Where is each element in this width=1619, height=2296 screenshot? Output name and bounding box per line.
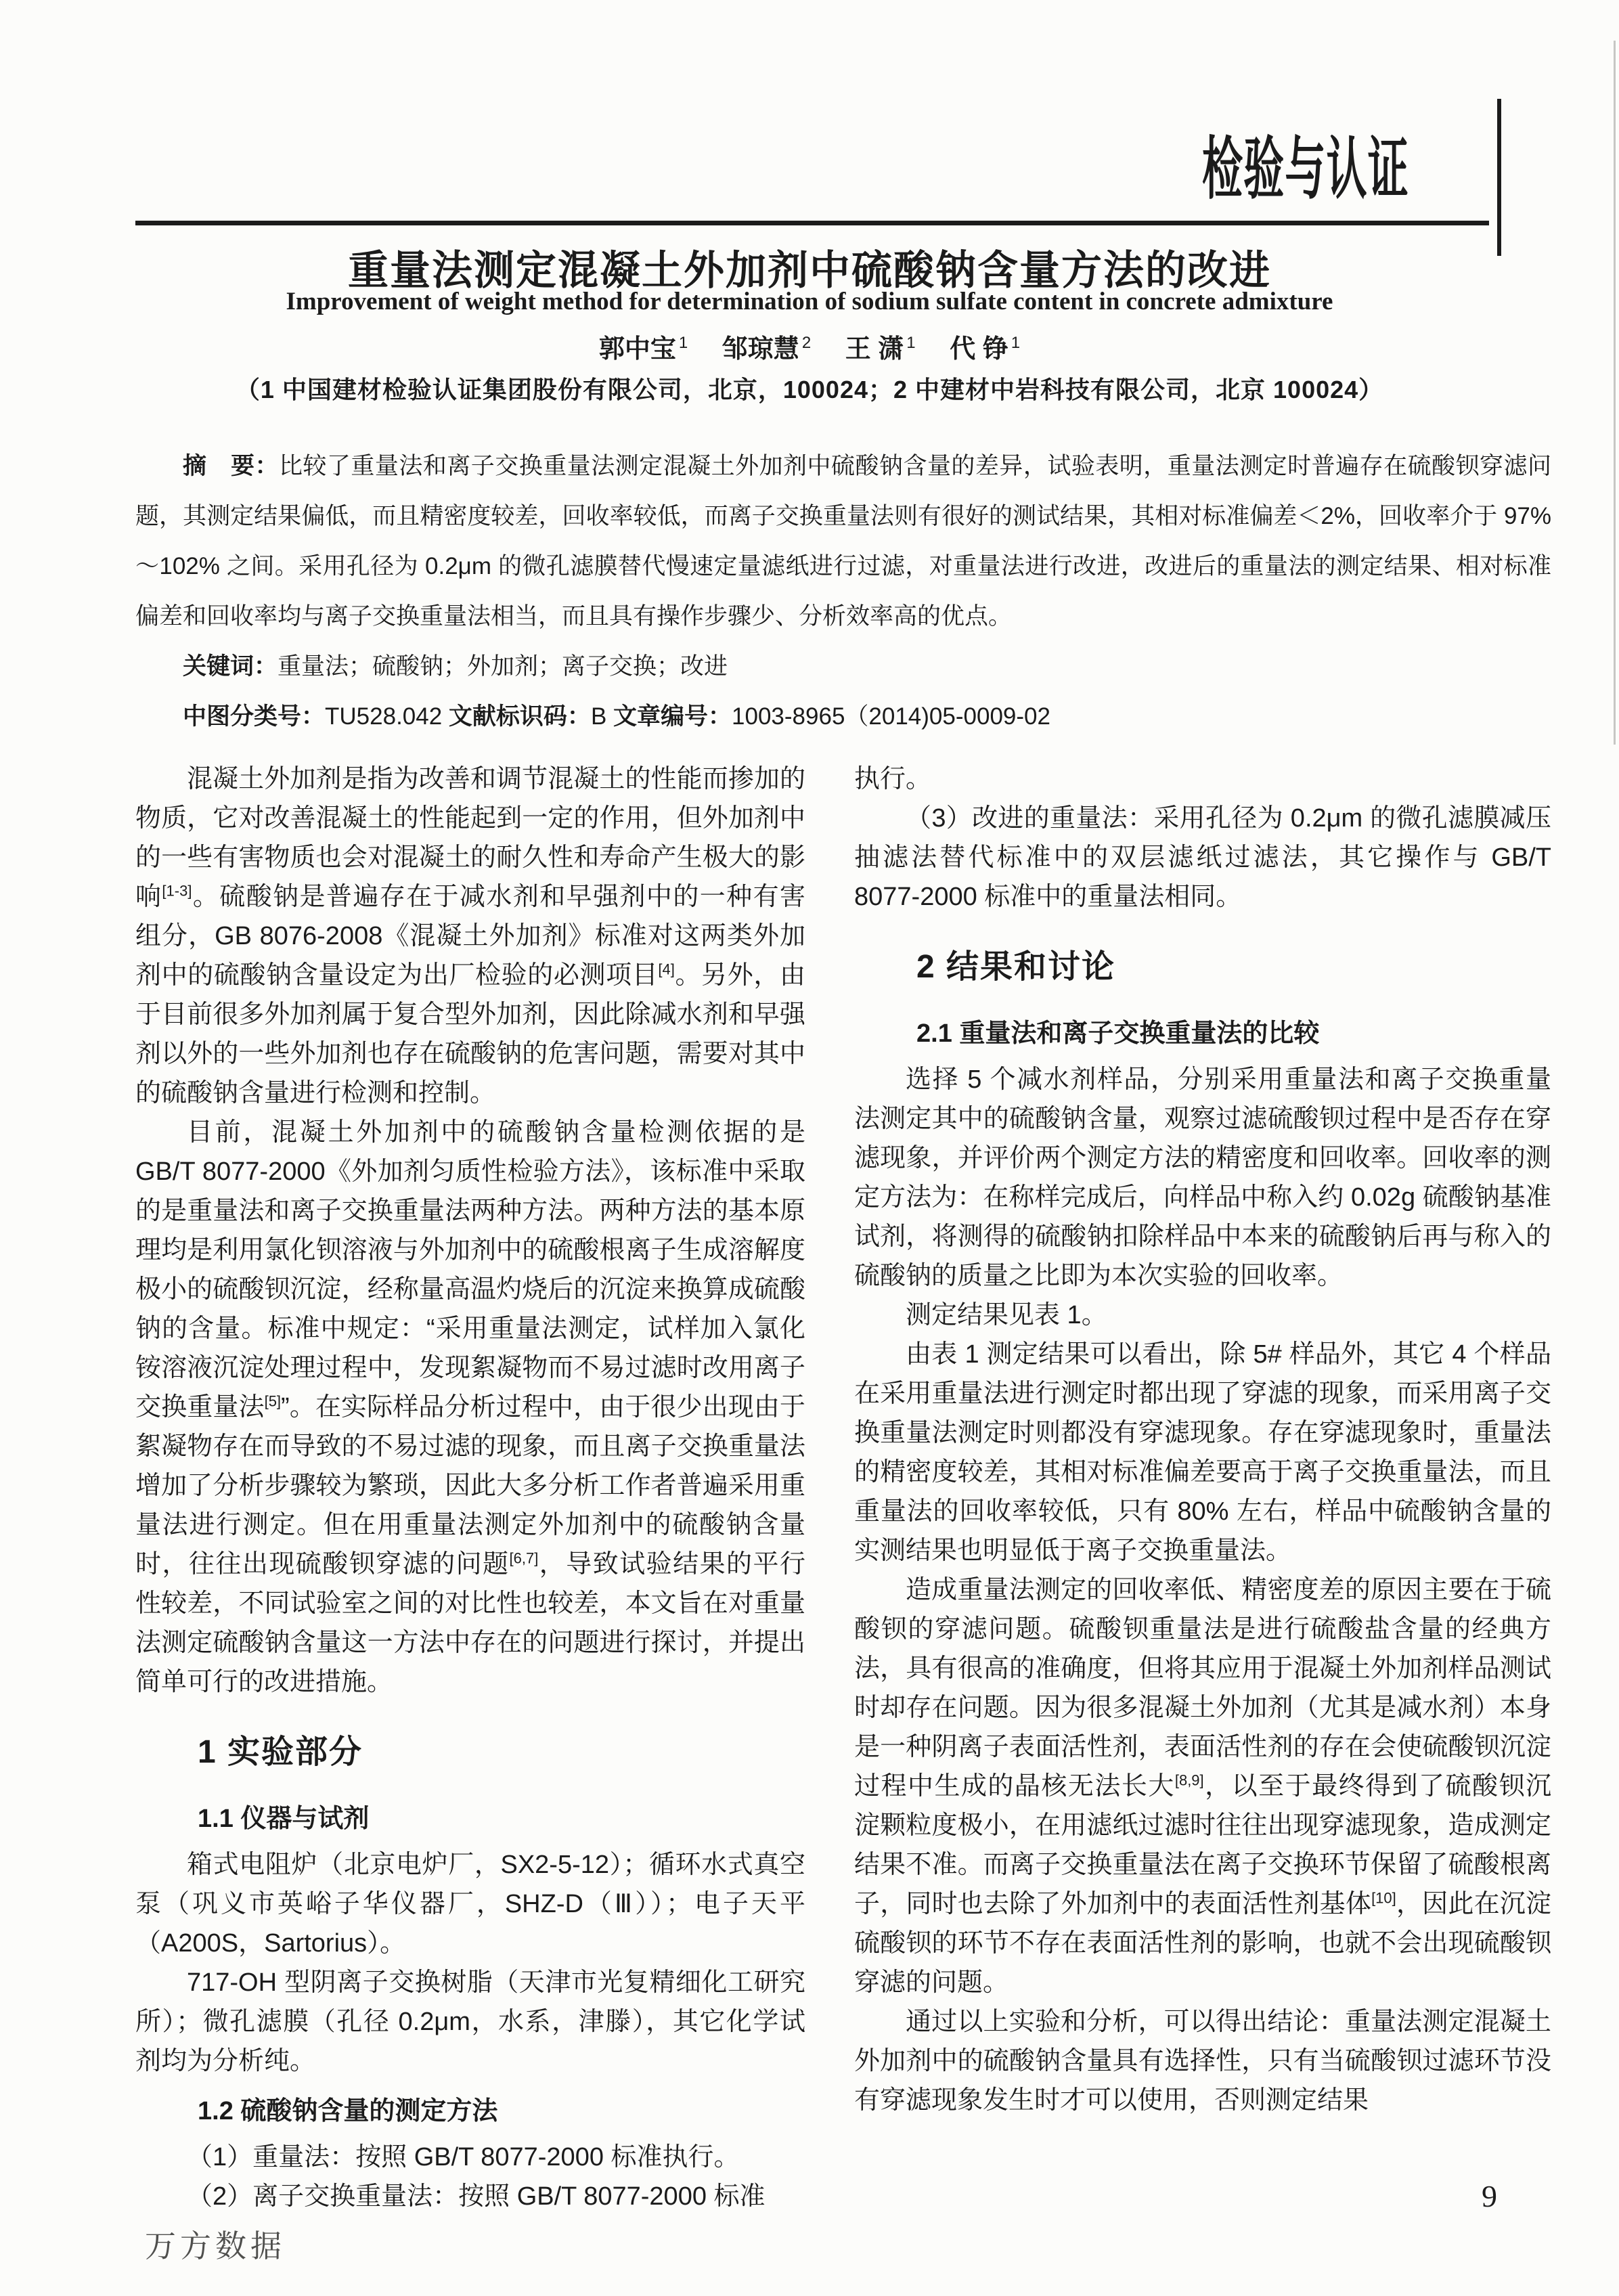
left-column: 混凝土外加剂是指为改善和调节混凝土的性能而掺加的物质，它对改善混凝土的性能起到一… [135, 759, 805, 2216]
section-heading: 2 结果和讨论 [916, 948, 1551, 987]
affiliation-line: （1 中国建材检验认证集团股份有限公司，北京，100024；2 中建材中岩科技有… [0, 371, 1619, 405]
paragraph: 由表 1 测定结果可以看出，除 5# 样品外，其它 4 个样品在采用重量法进行测… [854, 1335, 1551, 1570]
paragraph: 造成重量法测定的回收率低、精密度差的原因主要在于硫酸钡的穿滤问题。硫酸钡重量法是… [854, 1570, 1551, 2002]
clc-label: 中图分类号： [183, 703, 325, 730]
clc-value: TU528.042 [325, 703, 449, 730]
author-name: 郭中宝 [599, 335, 676, 363]
paragraph: （2）离子交换重量法：按照 GB/T 8077-2000 标准 [135, 2177, 805, 2216]
page-number: 9 [1482, 2178, 1497, 2214]
paragraph: 混凝土外加剂是指为改善和调节混凝土的性能而掺加的物质，它对改善混凝土的性能起到一… [135, 759, 805, 1113]
doc-code-value: B [591, 703, 613, 730]
author: 代 铮1 [950, 335, 1020, 363]
section-heading: 1.1 仪器与试剂 [198, 1799, 805, 1838]
citation-ref: [5] [265, 1392, 281, 1409]
keywords-label: 关键词： [183, 653, 278, 680]
paragraph: 选择 5 个减水剂样品，分别采用重量法和离子交换重量法测定其中的硫酸钠含量，观察… [854, 1060, 1551, 1296]
citation-ref: [10] [1371, 1889, 1396, 1906]
article-title-en: Improvement of weight method for determi… [0, 287, 1619, 316]
watermark: 万方数据 [145, 2222, 286, 2266]
right-column: 执行。（3）改进的重量法：采用孔径为 0.2μm 的微孔滤膜减压抽滤法替代标准中… [854, 759, 1551, 2216]
author: 邹琼慧2 [722, 335, 811, 363]
abstract-label: 摘 要： [183, 453, 279, 479]
keywords-text: 重量法；硫酸钠；外加剂；离子交换；改进 [278, 653, 728, 680]
author-name: 王 潇 [845, 335, 904, 363]
paragraph: 箱式电阻炉（北京电炉厂，SX2-5-12）；循环水式真空泵（巩义市英峪子华仪器厂… [135, 1845, 805, 1963]
abstract-text: 比较了重量法和离子交换重量法测定混凝土外加剂中硫酸钠含量的差异，试验表明，重量法… [135, 453, 1551, 630]
author-name: 邹琼慧 [722, 335, 799, 363]
citation-ref: [6,7] [510, 1549, 539, 1566]
journal-section-label: 检验与认证 [1202, 134, 1409, 205]
author-affiliation-ref: 1 [1011, 334, 1020, 352]
abstract: 摘 要：比较了重量法和离子交换重量法测定混凝土外加剂中硫酸钠含量的差异，试验表明… [135, 441, 1551, 642]
paragraph: 通过以上实验和分析，可以得出结论：重量法测定混凝土外加剂中的硫酸钠含量具有选择性… [854, 2002, 1551, 2120]
paragraph: （1）重量法：按照 GB/T 8077-2000 标准执行。 [135, 2138, 805, 2177]
citation-ref: [8,9] [1175, 1771, 1204, 1788]
section-heading: 1 实验部分 [198, 1733, 805, 1772]
author-name: 代 铮 [950, 335, 1008, 363]
paragraph: 测定结果见表 1。 [854, 1296, 1551, 1335]
body-columns: 混凝土外加剂是指为改善和调节混凝土的性能而掺加的物质，它对改善混凝土的性能起到一… [135, 759, 1551, 2216]
article-id-value: 1003-8965（2014)05-0009-02 [732, 703, 1050, 730]
section-heading: 1.2 硫酸钠含量的测定方法 [198, 2092, 805, 2131]
author-affiliation-ref: 1 [906, 334, 915, 352]
doc-code-label: 文献标识码： [449, 703, 591, 730]
author: 郭中宝1 [599, 335, 688, 363]
author-affiliation-ref: 2 [802, 334, 811, 352]
keywords: 关键词：重量法；硫酸钠；外加剂；离子交换；改进 [135, 642, 1551, 692]
paragraph: 目前，混凝土外加剂中的硫酸钠含量检测依据的是 GB/T 8077-2000《外加… [135, 1113, 805, 1702]
author: 王 潇1 [845, 335, 916, 363]
scanned-paper-page: 检验与认证 重量法测定混凝土外加剂中硫酸钠含量方法的改进 Improvement… [0, 0, 1619, 2296]
section-heading: 2.1 重量法和离子交换重量法的比较 [916, 1014, 1551, 1053]
header-vertical-rule [1497, 99, 1501, 256]
paragraph: 执行。 [854, 759, 1551, 799]
author-affiliation-ref: 1 [679, 334, 688, 352]
citation-ref: [1-3] [162, 882, 192, 899]
paragraph: （3）改进的重量法：采用孔径为 0.2μm 的微孔滤膜减压抽滤法替代标准中的双层… [854, 799, 1551, 917]
classification-line: 中图分类号：TU528.042 文献标识码：B 文章编号：1003-8965（2… [135, 692, 1551, 742]
header-rule [135, 221, 1489, 225]
authors-line: 郭中宝1 邹琼慧2 王 潇1 代 铮1 [0, 328, 1619, 365]
citation-ref: [4] [658, 961, 674, 977]
paragraph: 717-OH 型阴离子交换树脂（天津市光复精细化工研究所）；微孔滤膜（孔径 0.… [135, 1963, 805, 2081]
front-matter: 摘 要：比较了重量法和离子交换重量法测定混凝土外加剂中硫酸钠含量的差异，试验表明… [135, 441, 1551, 742]
article-id-label: 文章编号： [613, 703, 732, 730]
